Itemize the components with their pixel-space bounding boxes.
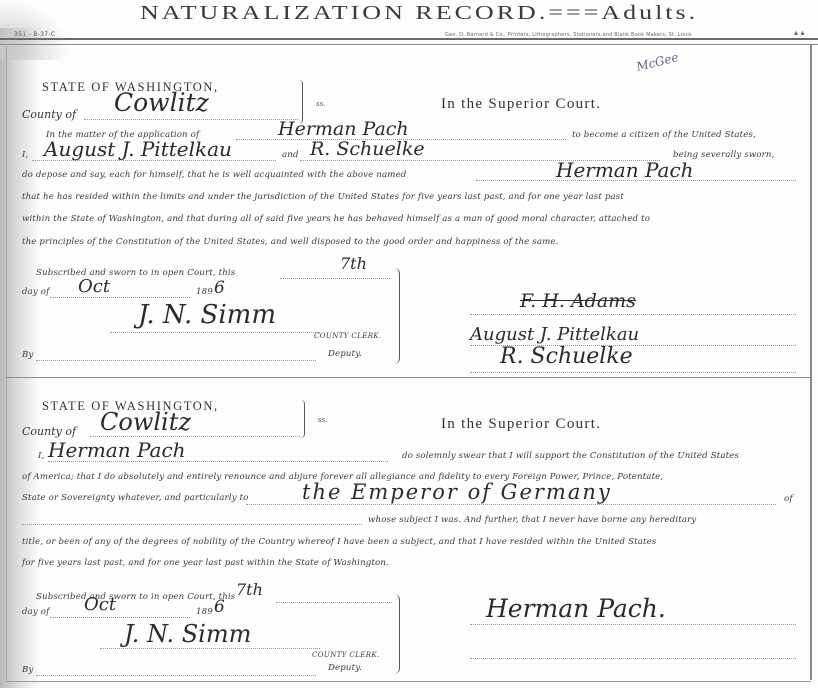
county-label-2: County of xyxy=(22,425,76,438)
oath-day-of-label: day of xyxy=(22,606,49,618)
sovereign-name: the Emperor of Germany xyxy=(302,482,612,503)
witness-signature-schuelke: R. Schuelke xyxy=(500,346,633,368)
oath-by-label: By xyxy=(22,664,33,676)
i-label: I, xyxy=(22,149,28,161)
affidavit-body-2: within the State of Washington, and that… xyxy=(22,213,650,225)
oath-body-4: title, or been of any of the degrees of … xyxy=(22,536,656,548)
clerk-signature-line xyxy=(110,332,320,333)
corner-mark-icon: ▴ ▴ xyxy=(794,28,805,37)
applicant-name: Herman Pach xyxy=(278,120,409,139)
and-label: and xyxy=(282,149,299,161)
ss-label: ss. xyxy=(316,100,325,108)
matter-suffix: to become a citizen of the United States… xyxy=(572,129,756,141)
court-heading: In the Superior Court. xyxy=(441,96,601,113)
witness-signature-adams: F. H. Adams xyxy=(520,292,636,311)
oath-body-5: for five years last past, and for one ye… xyxy=(22,557,389,569)
ss-label-2: ss. xyxy=(318,416,327,424)
oath-body-2: State or Sovereignty whatever, and parti… xyxy=(22,492,249,504)
oath-county-clerk-label: COUNTY CLERK. xyxy=(312,649,380,661)
day-value: 7th xyxy=(340,256,367,272)
oath-clerk-brace xyxy=(393,594,400,674)
affidavit-body-1: that he has resided within the limits an… xyxy=(22,191,624,203)
county-value-2: Cowlitz xyxy=(100,410,191,434)
whose-subject-text: whose subject I was. And further, that I… xyxy=(368,514,696,526)
record-title: NATURALIZATION RECORD.===Adults. xyxy=(140,2,780,24)
oath-month-value: Oct xyxy=(84,596,116,614)
county-clerk-label: COUNTY CLERK. xyxy=(314,330,382,342)
year-prefix: 189 xyxy=(196,286,213,298)
affidavit-body-3: the principles of the Constitution of th… xyxy=(22,236,559,248)
oath-deputy-label: Deputy. xyxy=(328,662,362,674)
court-heading-2: In the Superior Court. xyxy=(441,416,601,433)
applicant-signature-line-2 xyxy=(470,658,796,659)
oath-applicant-name: Herman Pach xyxy=(48,440,186,460)
county-value: Cowlitz xyxy=(114,90,209,115)
deputy-field-line xyxy=(36,360,316,361)
witness-signature-pittelkau: August J. Pittelkau xyxy=(470,326,639,344)
applicant-signature: Herman Pach. xyxy=(486,596,666,621)
oath-clerk-signature-line xyxy=(100,648,320,649)
swear-text: do solemnly swear that I will support th… xyxy=(402,450,739,462)
ss-brace-2 xyxy=(300,400,305,438)
subscribed-text: Subscribed and sworn to in open Court, t… xyxy=(36,267,235,279)
by-label: By xyxy=(22,349,33,361)
named-person: Herman Pach xyxy=(556,160,694,180)
applicant-signature-line xyxy=(470,624,796,625)
month-field-line xyxy=(50,297,190,298)
witness-2-name: R. Schuelke xyxy=(310,140,425,159)
form-number: 351 - B-37-C xyxy=(14,31,55,38)
oath-i-label: I, xyxy=(38,450,44,462)
county-field-line-2 xyxy=(90,436,300,437)
oath-day-field-line xyxy=(276,602,392,603)
oath-day-value: 7th xyxy=(236,582,263,598)
signature-line-1 xyxy=(470,314,796,315)
oath-deputy-field-line xyxy=(36,675,316,676)
of-label: of xyxy=(784,493,793,505)
oath-subscribed-text: Subscribed and sworn to in open Court, t… xyxy=(36,591,235,603)
depose-text: do depose and say, each for himself, tha… xyxy=(22,169,406,181)
country-field-line xyxy=(22,524,362,525)
clerk-brace xyxy=(393,268,400,364)
oath-clerk-signature: J. N. Simm xyxy=(124,622,251,646)
county-label: County of xyxy=(22,108,76,121)
oath-year-suffix: 6 xyxy=(214,599,225,616)
deputy-label: Deputy. xyxy=(328,348,362,360)
bottom-rule xyxy=(6,681,811,682)
oath-year-prefix: 189 xyxy=(196,606,213,618)
county-field-line xyxy=(84,119,298,120)
day-field-line xyxy=(280,278,390,279)
witness-1-name: August J. Pittelkau xyxy=(44,139,232,159)
year-suffix: 6 xyxy=(214,280,225,297)
clerk-signature: J. N. Simm xyxy=(138,302,276,328)
month-value: Oct xyxy=(78,278,110,296)
signature-line-3 xyxy=(470,372,796,373)
oath-month-field-line xyxy=(50,617,190,618)
sovereign-field-line xyxy=(246,504,776,505)
section-divider xyxy=(6,377,811,378)
day-of-label: day of xyxy=(22,286,49,298)
